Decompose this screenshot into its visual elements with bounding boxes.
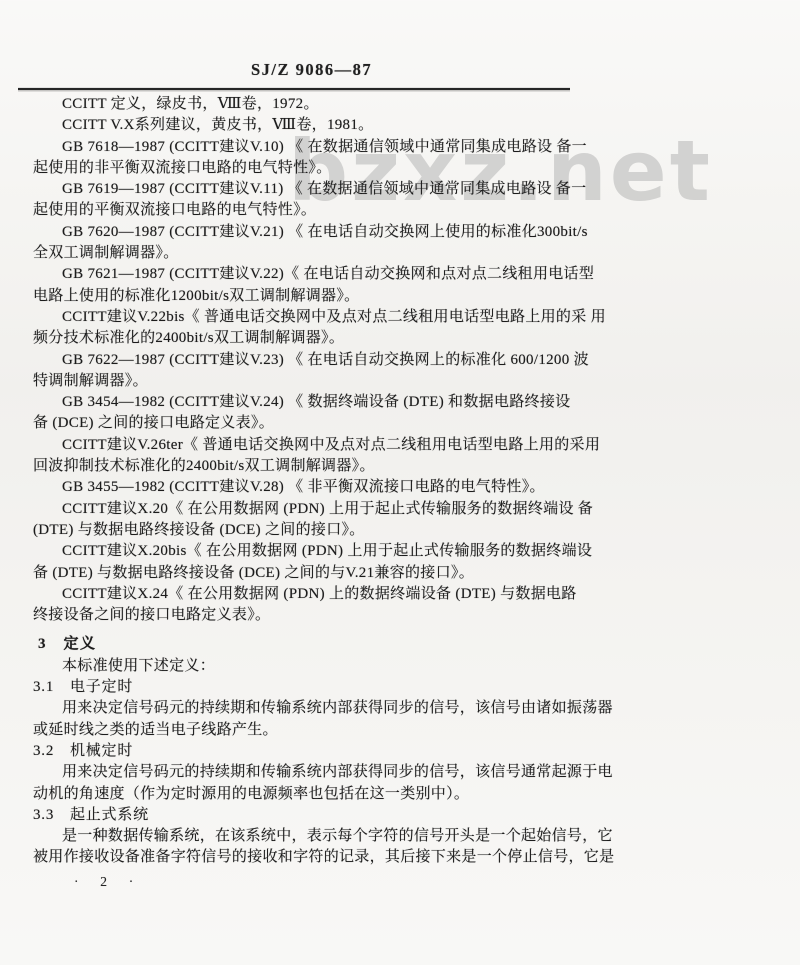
text-line: 电路上使用的标准化1200bit/s双工调制解调器》。 xyxy=(33,286,581,307)
text-line: 动机的角速度（作为定时源用的电源频率也包括在这一类别中）。 xyxy=(33,784,581,805)
text-line: 备 (DCE) 之间的接口电路定义表》。 xyxy=(33,413,581,434)
text-line: 终接设备之间的接口电路定义表》。 xyxy=(33,605,581,626)
text-line: 频分技术标准化的2400bit/s双工调制解调器》。 xyxy=(33,328,581,349)
text-line: 起使用的非平衡双流接口电路的电气特性》。 xyxy=(33,158,581,179)
text-line: GB 7618—1987 (CCITT建议V.10) 《 在数据通信领域中通常同… xyxy=(33,137,581,158)
text-line: 特调制解调器》。 xyxy=(33,371,581,392)
text-line: 被用作接收设备准备字符信号的接收和字符的记录，其后接下来是一个停止信号，它是 xyxy=(33,847,581,868)
text-line: GB 3454—1982 (CCITT建议V.24) 《 数据终端设备 (DTE… xyxy=(33,392,581,413)
document-body: CCITT 定义，绿皮书，Ⅷ卷，1972。CCITT V.X系列建议，黄皮书，Ⅷ… xyxy=(33,94,581,869)
text-line: 全双工调制解调器》。 xyxy=(33,243,581,264)
text-line: GB 7621—1987 (CCITT建议V.22)《 在电话自动交换网和点对点… xyxy=(33,264,581,285)
section-heading-line: 3.2 机械定时 xyxy=(33,741,581,762)
text-line: GB 7622—1987 (CCITT建议V.23) 《 在电话自动交换网上的标… xyxy=(33,350,581,371)
text-line: 回波抑制技术标准化的2400bit/s双工调制解调器》。 xyxy=(33,456,581,477)
text-line: 用来决定信号码元的持续期和传输系统内部获得同步的信号，该信号通常起源于电 xyxy=(33,762,581,783)
text-line: 本标准使用下述定义： xyxy=(33,656,581,677)
standard-number-header: SJ/Z 9086—87 xyxy=(251,60,372,80)
text-line: 起使用的平衡双流接口电路的电气特性》。 xyxy=(33,200,581,221)
text-line: 用来决定信号码元的持续期和传输系统内部获得同步的信号，该信号由诸如振荡器 xyxy=(33,698,581,719)
text-line: CCITT建议X.20bis《 在公用数据网 (PDN) 上用于起止式传输服务的… xyxy=(33,541,581,562)
text-line: CCITT建议X.24《 在公用数据网 (PDN) 上的数据终端设备 (DTE)… xyxy=(33,584,581,605)
text-line: GB 3455—1982 (CCITT建议V.28) 《 非平衡双流接口电路的电… xyxy=(33,477,581,498)
header-rule-divider xyxy=(18,88,570,90)
text-line: CCITT 定义，绿皮书，Ⅷ卷，1972。 xyxy=(33,94,581,115)
text-line: GB 7619—1987 (CCITT建议V.11) 《 在数据通信领域中通常同… xyxy=(33,179,581,200)
text-line: CCITT建议V.22bis《 普通电话交换网中及点对点二线租用电话型电路上用的… xyxy=(33,307,581,328)
text-line: 备 (DTE) 与数据电路终接设备 (DCE) 之间的与V.21兼容的接口》。 xyxy=(33,563,581,584)
page-number: · 2 · xyxy=(74,874,138,890)
scanned-standard-page: bzxz.net SJ/Z 9086—87 CCITT 定义，绿皮书，Ⅷ卷，19… xyxy=(0,0,800,965)
text-line: 是一种数据传输系统，在该系统中，表示每个字符的信号开头是一个起始信号，它 xyxy=(33,826,581,847)
text-line: CCITT V.X系列建议，黄皮书，Ⅷ卷，1981。 xyxy=(33,115,581,136)
text-line: CCITT建议V.26ter《 普通电话交换网中及点对点二线租用电话型电路上用的… xyxy=(33,435,581,456)
section-heading-line: 3 定义 xyxy=(33,634,581,655)
section-heading-line: 3.1 电子定时 xyxy=(33,677,581,698)
text-line: 或延时线之类的适当电子线路产生。 xyxy=(33,720,581,741)
section-heading-line: 3.3 起止式系统 xyxy=(33,805,581,826)
text-line: (DTE) 与数据电路终接设备 (DCE) 之间的接口》。 xyxy=(33,520,581,541)
text-line: CCITT建议X.20《 在公用数据网 (PDN) 上用于起止式传输服务的数据终… xyxy=(33,499,581,520)
text-line: GB 7620—1987 (CCITT建议V.21) 《 在电话自动交换网上使用… xyxy=(33,222,581,243)
